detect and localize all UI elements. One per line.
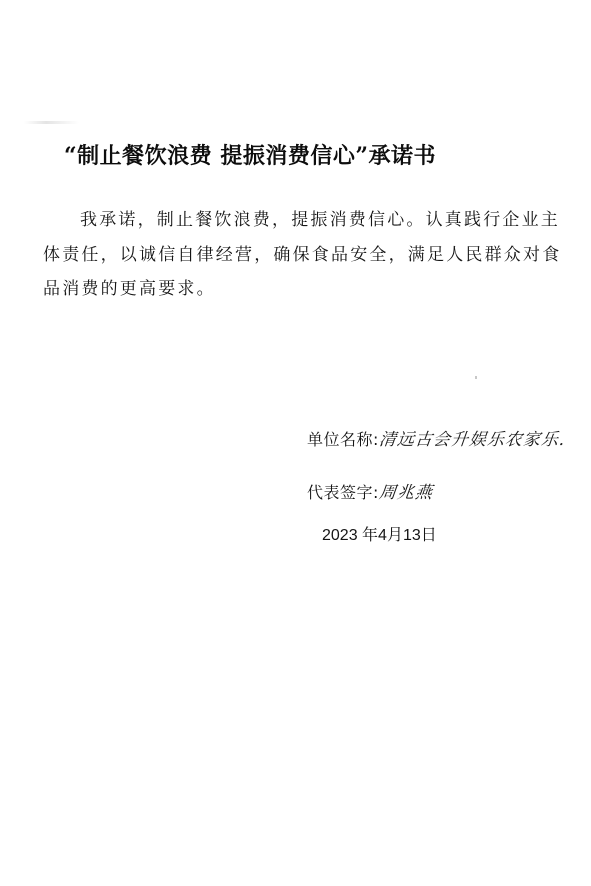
pledge-line-3: 品消费的更高要求。 <box>43 272 513 307</box>
unit-name-handwritten: 清远古会升娱乐农家乐. <box>378 428 567 452</box>
unit-name-label: 单位名称: <box>307 430 379 449</box>
pledge-body: 我承诺，制止餐饮浪费，提振消费信心。认真践行企业主 体责任，以诚信自律经营，确保… <box>43 203 513 307</box>
representative-row: 代表签字:周兆燕 <box>307 481 433 505</box>
representative-label: 代表签字: <box>307 483 379 502</box>
pledge-line-2: 体责任，以诚信自律经营，确保食品安全，满足人民群众对食 <box>43 238 513 273</box>
document-title: “制止餐饮浪费 提振消费信心”承诺书 <box>64 141 504 171</box>
representative-signature: 周兆燕 <box>378 481 435 505</box>
unit-name-row: 单位名称:清远古会升娱乐农家乐. <box>307 428 565 452</box>
scan-smudge <box>24 121 79 124</box>
scan-speck <box>475 376 477 379</box>
document-date: 2023 年4月13日 <box>322 524 437 548</box>
document-page: “制止餐饮浪费 提振消费信心”承诺书 我承诺，制止餐饮浪费，提振消费信心。认真践… <box>0 0 591 886</box>
pledge-line-1: 我承诺，制止餐饮浪费，提振消费信心。认真践行企业主 <box>43 203 513 238</box>
